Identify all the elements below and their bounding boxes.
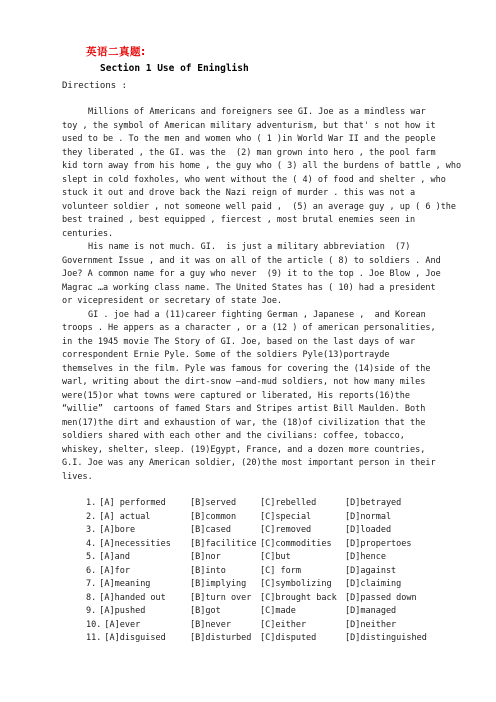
question-number: 1. <box>86 497 96 511</box>
question-number: 11. <box>86 632 101 646</box>
option-b: [B]disturbed <box>190 632 260 646</box>
option-c: [C]commodities <box>260 538 345 552</box>
option-b: [B]cased <box>190 524 260 538</box>
question-row: 9.[A]pushed [B]got [C]made [D]managed <box>86 605 476 619</box>
option-c: [C]rebelled <box>260 497 345 511</box>
option-b: [B]nor <box>190 551 260 565</box>
option-a: 1.[A] performed <box>86 497 190 511</box>
option-a-text: [A] actual <box>99 512 150 522</box>
option-b: [B]common <box>190 511 260 525</box>
option-b: [B]turn over <box>190 592 260 606</box>
option-a: 10.[A]ever <box>86 619 190 633</box>
option-a-text: [A]ever <box>104 620 140 630</box>
option-b: [B]got <box>190 605 260 619</box>
question-row: 3.[A]bore [B]cased [C]removed [D]loaded <box>86 524 476 538</box>
question-row: 11.[A]disguised [B]disturbed [C]disputed… <box>86 632 476 646</box>
question-number: 2. <box>86 511 96 525</box>
option-a: 9.[A]pushed <box>86 605 190 619</box>
option-a: 6.[A]for <box>86 565 190 579</box>
option-a: 4.[A]necessities <box>86 538 190 552</box>
option-a-text: [A]for <box>99 566 130 576</box>
question-number: 5. <box>86 551 96 565</box>
question-number: 10. <box>86 619 101 633</box>
question-number: 9. <box>86 605 96 619</box>
question-row: 1.[A] performed [B]served [C]rebelled [D… <box>86 497 476 511</box>
question-row: 4.[A]necessities [B]facilitice [C]commod… <box>86 538 476 552</box>
option-d: [D]neither <box>345 619 476 633</box>
option-c: [C] form <box>260 565 345 579</box>
question-number: 4. <box>86 538 96 552</box>
option-c: [C]symbolizing <box>260 578 345 592</box>
option-a-text: [A]handed out <box>99 593 166 603</box>
question-row: 10.[A]ever [B]never [C]either [D]neither <box>86 619 476 633</box>
option-a: 5.[A]and <box>86 551 190 565</box>
option-b: [B]implying <box>190 578 260 592</box>
option-a-text: [A] performed <box>99 498 166 508</box>
section-title: Section 1 Use of Eninglish <box>100 62 476 75</box>
question-number: 6. <box>86 565 96 579</box>
cloze-passage: Millions of Americans and foreigners see… <box>62 106 476 484</box>
option-a: 2.[A] actual <box>86 511 190 525</box>
option-a-text: [A]necessities <box>99 539 171 549</box>
option-d: [D]propertoes <box>345 538 476 552</box>
question-row: 2.[A] actual [B]common [C]special [D]nor… <box>86 511 476 525</box>
option-b: [B]facilitice <box>190 538 260 552</box>
option-a-text: [A]pushed <box>99 606 145 616</box>
option-c: [C]but <box>260 551 345 565</box>
passage-paragraph-3: GI . joe had a (11)career fighting Germa… <box>62 309 476 485</box>
page-title: 英语二真题: <box>86 46 476 59</box>
question-row: 6.[A]for [B]into [C] form [D]against <box>86 565 476 579</box>
option-b: [B]into <box>190 565 260 579</box>
option-c: [C]special <box>260 511 345 525</box>
option-c: [C]disputed <box>260 632 345 646</box>
question-row: 5.[A]and [B]nor [C]but [D]hence <box>86 551 476 565</box>
option-d: [D]loaded <box>345 524 476 538</box>
option-c: [C]removed <box>260 524 345 538</box>
option-d: [D]passed down <box>345 592 476 606</box>
options-list: 1.[A] performed [B]served [C]rebelled [D… <box>86 497 476 646</box>
option-b: [B]served <box>190 497 260 511</box>
option-a: 7.[A]meaning <box>86 578 190 592</box>
option-c: [C]brought back <box>260 592 345 606</box>
option-a-text: [A]disguised <box>104 633 165 643</box>
option-d: [D]against <box>345 565 476 579</box>
option-c: [C]either <box>260 619 345 633</box>
option-d: [D]betrayed <box>345 497 476 511</box>
option-a: 3.[A]bore <box>86 524 190 538</box>
passage-paragraph-1: Millions of Americans and foreigners see… <box>62 106 476 241</box>
question-row: 8.[A]handed out [B]turn over [C]brought … <box>86 592 476 606</box>
option-a-text: [A]meaning <box>99 579 150 589</box>
option-a: 11.[A]disguised <box>86 632 190 646</box>
question-row: 7.[A]meaning [B]implying [C]symbolizing … <box>86 578 476 592</box>
passage-paragraph-2: His name is not much. GI. is just a mili… <box>62 241 476 309</box>
option-d: [D]normal <box>345 511 476 525</box>
directions-label: Directions : <box>62 80 476 93</box>
question-number: 8. <box>86 592 96 606</box>
option-d: [D]hence <box>345 551 476 565</box>
option-c: [C]made <box>260 605 345 619</box>
option-a: 8.[A]handed out <box>86 592 190 606</box>
option-d: [D]managed <box>345 605 476 619</box>
option-d: [D]distinguished <box>345 632 476 646</box>
option-b: [B]never <box>190 619 260 633</box>
question-number: 3. <box>86 524 96 538</box>
option-d: [D]claiming <box>345 578 476 592</box>
option-a-text: [A]bore <box>99 525 135 535</box>
exam-page: 英语二真题: Section 1 Use of Eninglish Direct… <box>0 0 496 646</box>
question-number: 7. <box>86 578 96 592</box>
option-a-text: [A]and <box>99 552 130 562</box>
